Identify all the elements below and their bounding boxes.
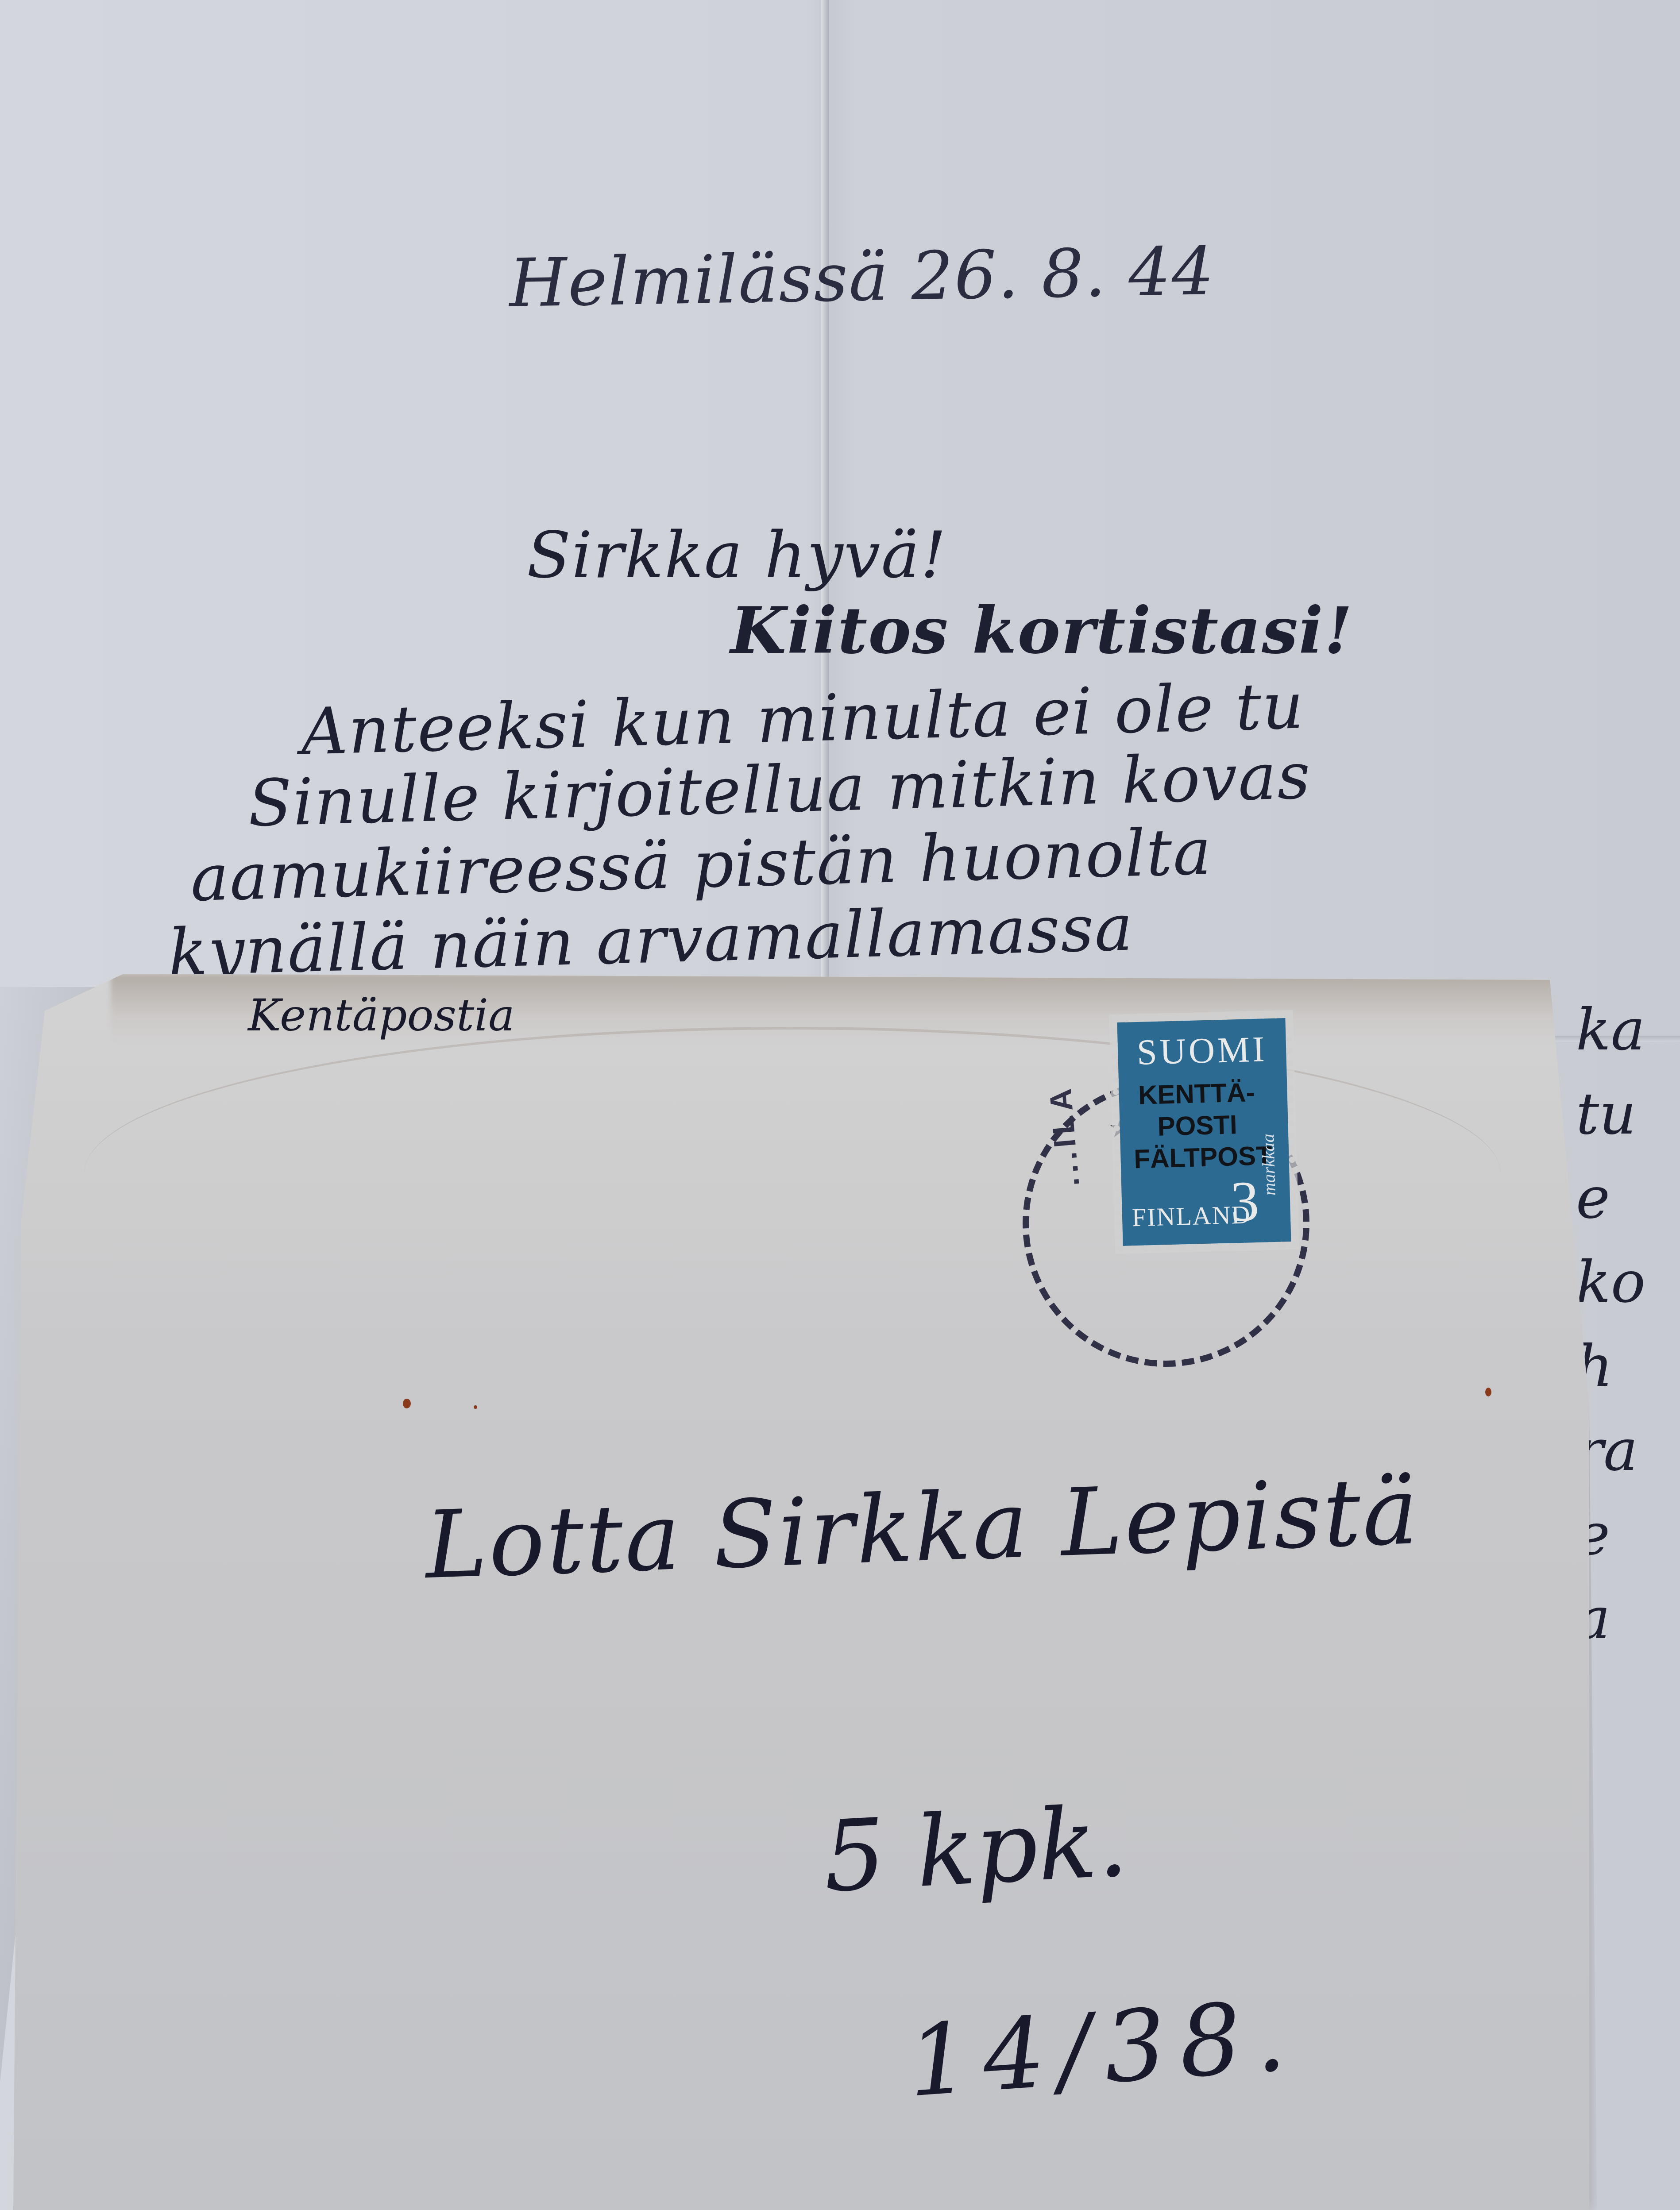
letter-fragment: e	[1576, 1164, 1645, 1248]
letter-fragment: tu	[1576, 1080, 1645, 1164]
stamp-overprint-line: POSTI	[1133, 1108, 1262, 1144]
rust-spot	[1485, 1388, 1491, 1396]
stamp-denomination-text: markkaa	[1256, 1080, 1277, 1196]
letter-fragment: ka	[1576, 996, 1645, 1080]
letter-salutation: Sirkka hyvä!	[527, 518, 947, 593]
rust-spot	[474, 1405, 477, 1409]
letter-line: Kiitos kortistasi!	[730, 593, 1353, 668]
rust-spot	[403, 1399, 411, 1408]
envelope	[13, 974, 1589, 2210]
stamp-overprint: KENTTÄ- POSTI FÄLTPOST	[1132, 1076, 1263, 1176]
letter-place-date: Helmilässä 26. 8. 44	[509, 233, 1216, 322]
postage-stamp: SUOMI KENTTÄ- POSTI FÄLTPOST markkaa FIN…	[1117, 1018, 1291, 1246]
photo-scene: Helmilässä 26. 8. 44 Sirkka hyvä! Kiitos…	[0, 0, 1680, 2210]
recipient-unit: 5 kpk.	[821, 1785, 1131, 1914]
envelope-sender-note: Kentäpostia	[248, 989, 515, 1041]
stamp-value: 3	[1229, 1168, 1260, 1235]
stamp-country: SUOMI	[1117, 1028, 1286, 1074]
letter-fragment: ko	[1576, 1248, 1645, 1332]
stamp-overprint-line: KENTTÄ-	[1132, 1076, 1261, 1112]
